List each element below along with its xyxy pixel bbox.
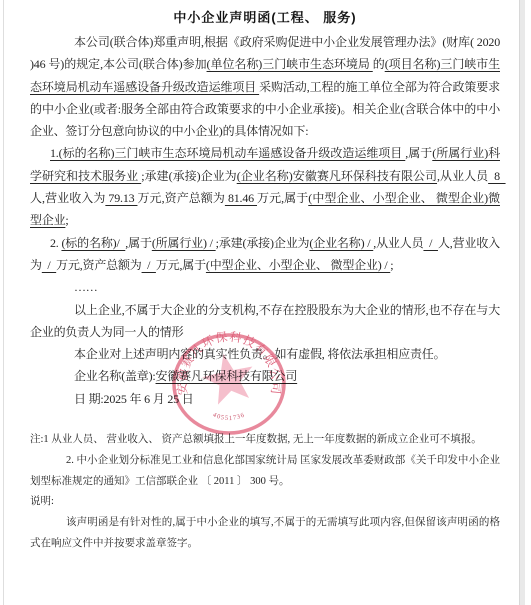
document-title: 中小企业声明函(工程、 服务) bbox=[30, 7, 500, 26]
underlined-fill-in: (单位名称)三门峡市生态环境局 bbox=[207, 57, 373, 71]
text-run: 人,营业收入为 bbox=[30, 191, 105, 205]
note-line: 注:1 从业人员、 营业收入、 资产总额填报上一年度数据, 无上一年度数据的新成… bbox=[30, 430, 500, 451]
underlined-fill-in: (标的名称)/ bbox=[61, 236, 125, 250]
note-line: 2. 中小企业划分标准见工业和信息化部国家统计局 匡家发展改革委财政部《关千印发… bbox=[30, 451, 500, 493]
text-run: 2. 中小企业划分标准见工业和信息化部国家统计局 匡家发展改革委财政部《关千印发… bbox=[30, 455, 500, 487]
text-run: 万元,属于 bbox=[156, 258, 206, 272]
text-run: ;承建(承接)企业为 bbox=[141, 169, 237, 183]
text-run: 本企业对上述声明内容的真实性负责。如有虚假, 将依法承担相应责任。 bbox=[74, 347, 445, 361]
text-run: ; bbox=[65, 213, 68, 227]
note-line: 说明: bbox=[30, 492, 500, 513]
text-run: ,属于 bbox=[125, 236, 152, 250]
page-right-edge bbox=[519, 0, 525, 605]
paragraph: 2. (标的名称)/ ,属于(所属行业) / ;承建(承接)企业为(企业名称) … bbox=[30, 232, 500, 277]
document-page: 中小企业声明函(工程、 服务) 本公司(联合体)郑重声明,根据《政府采购促进中小… bbox=[0, 0, 531, 605]
text-run: ,从业人员 bbox=[373, 236, 423, 250]
underlined-fill-in: 安徽赛凡环保科技有限公司 bbox=[156, 369, 298, 383]
text-run: ; bbox=[390, 258, 393, 272]
notes-section: 注:1 从业人员、 营业收入、 资产总额填报上一年度数据, 无上一年度数据的新成… bbox=[30, 430, 500, 555]
underlined-fill-in: 8 bbox=[488, 169, 505, 183]
text-run: 说明: bbox=[30, 496, 54, 507]
underlined-fill-in: (企业名称)安徽赛凡环保科技有限公司 bbox=[237, 169, 437, 183]
text-run: ;承建(承接)企业为 bbox=[216, 236, 310, 250]
text-run: 万元,属于 bbox=[257, 191, 308, 205]
paragraph: 1.(标的名称)三门峡市生态环境局机动车遥感设备升级改造运维项目 ,属于(所属行… bbox=[30, 142, 500, 231]
underlined-fill-in: 81.46 bbox=[225, 191, 257, 205]
underlined-fill-in: (企业名称) / bbox=[309, 236, 373, 250]
underlined-fill-in: (所属行业) / bbox=[152, 236, 216, 250]
underlined-fill-in: / bbox=[42, 258, 56, 272]
underlined-fill-in: 79.13 bbox=[105, 191, 137, 205]
document-content: 中小企业声明函(工程、 服务) 本公司(联合体)郑重声明,根据《政府采购促进中小… bbox=[30, 7, 500, 555]
text-run: 以上企业,不属于大企业的分支机构,不存在控股股东为大企业的情形,也不存在与大企业… bbox=[30, 303, 500, 339]
paragraph: 以上企业,不属于大企业的分支机构,不存在控股股东为大企业的情形,也不存在与大企业… bbox=[30, 299, 500, 344]
text-run: ,从业人员 bbox=[437, 169, 488, 183]
text-run: 2. bbox=[50, 236, 61, 250]
text-run: …… bbox=[74, 280, 98, 294]
text-run: 日 期:2025 年 6 月 25 日 bbox=[74, 392, 194, 406]
text-run: 万元,资产总额为 bbox=[56, 258, 141, 272]
document-body: 本公司(联合体)郑重声明,根据《政府采购促进中小企业发展管理办法》(财库( 20… bbox=[30, 31, 500, 410]
paragraph: 日 期:2025 年 6 月 25 日 bbox=[30, 388, 500, 410]
note-line: 该声明函是有针对性的,属于中小企业的填写,不属于的无需填写此项内容,但保留该声明… bbox=[30, 513, 500, 555]
underlined-fill-in: 1.(标的名称)三门峡市生态环境局机动车遥感设备升级改造运维项目 bbox=[50, 146, 405, 160]
text-run: ,属于 bbox=[405, 146, 432, 160]
paragraph: 本企业对上述声明内容的真实性负责。如有虚假, 将依法承担相应责任。 bbox=[30, 343, 500, 365]
paragraph: 本公司(联合体)郑重声明,根据《政府采购促进中小企业发展管理办法》(财库( 20… bbox=[30, 31, 500, 142]
text-run: 企业名称(盖章): bbox=[74, 369, 156, 383]
underlined-fill-in: / bbox=[423, 236, 438, 250]
underlined-fill-in: (中型企业、小型企业、 微型企业) / bbox=[206, 258, 390, 272]
text-run: 该声明函是有针对性的,属于中小企业的填写,不属于的无需填写此项内容,但保留该声明… bbox=[30, 517, 500, 549]
paragraph: 企业名称(盖章):安徽赛凡环保科技有限公司 bbox=[30, 365, 500, 387]
paragraph: …… bbox=[30, 276, 500, 298]
underlined-fill-in: / bbox=[142, 258, 156, 272]
page-left-edge bbox=[3, 0, 4, 605]
text-run: 的 bbox=[373, 57, 385, 71]
text-run: 注:1 从业人员、 营业收入、 资产总额填报上一年度数据, 无上一年度数据的新成… bbox=[30, 434, 482, 445]
text-run: 万元,资产总额为 bbox=[137, 191, 224, 205]
